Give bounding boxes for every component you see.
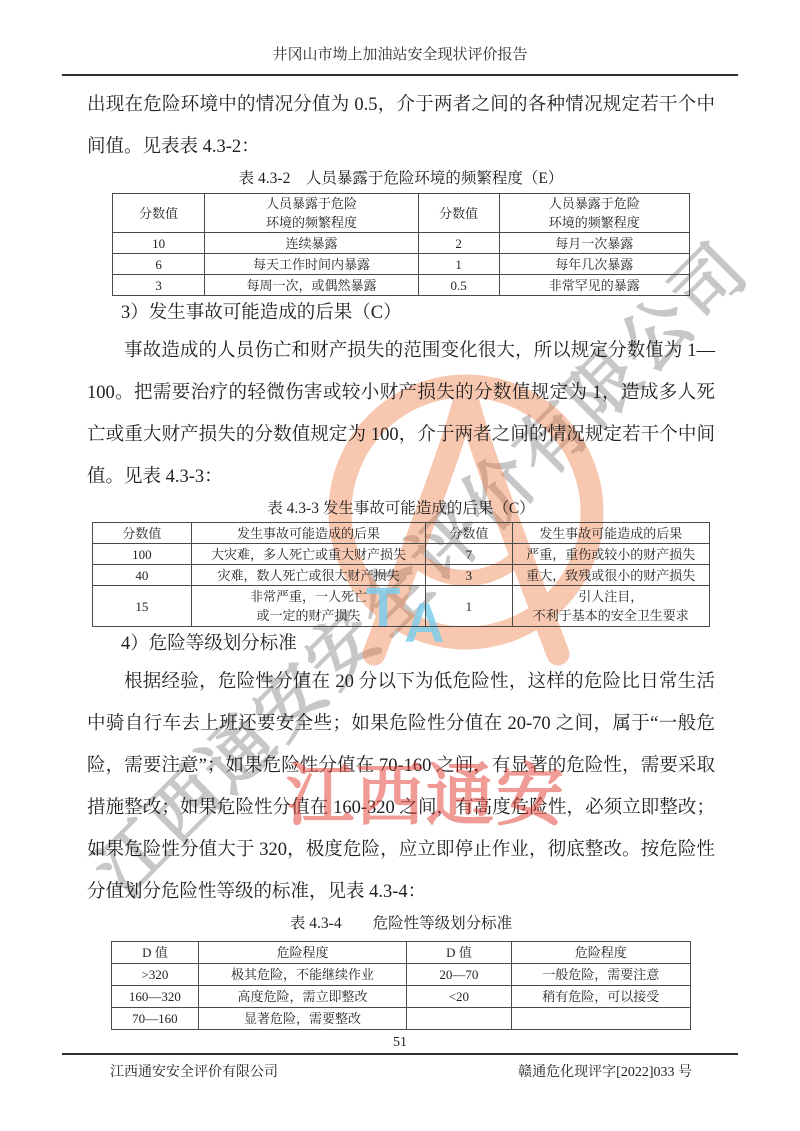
table-row: 6 每天工作时间内暴露 1 每年几次暴露	[113, 254, 690, 275]
col-header: 发生事故可能造成的后果	[191, 523, 425, 544]
report-title: 井冈山市坳上加油站安全现状评价报告	[0, 0, 800, 66]
table-cell: 2	[418, 233, 499, 254]
table-cell	[511, 1008, 691, 1030]
document-page: 江西通安安全评价有限公司 T A 井冈山市坳上加油站安全现状评价报告 出现在危险…	[0, 0, 800, 1131]
table-cell: 6	[113, 254, 205, 275]
col-header: 分数值	[93, 523, 192, 544]
table-header-row: 分数值 人员暴露于危险 环境的频繁程度 分数值 人员暴露于危险 环境的频繁程度	[113, 194, 690, 233]
table-cell: 非常罕见的暴露	[499, 275, 689, 296]
table-row: 10 连续暴露 2 每月一次暴露	[113, 233, 690, 254]
table-cell: 高度危险，需立即整改	[198, 986, 406, 1008]
page-header: 井冈山市坳上加油站安全现状评价报告	[0, 0, 800, 76]
table-cell: 每天工作时间内暴露	[205, 254, 418, 275]
col-header: 分数值	[418, 194, 499, 233]
table-risk-grading: D 值 危险程度 D 值 危险程度 >320 极其危险，不能继续作业 20—70…	[111, 941, 691, 1030]
document-body: 出现在危险环境中的情况分值为 0.5，介于两者之间的各种情况规定若干个中间值。见…	[87, 84, 715, 1030]
table-cell: 连续暴露	[205, 233, 418, 254]
footer-document-number: 赣通危化现评字[2022]033 号	[518, 1061, 692, 1081]
table-header-row: D 值 危险程度 D 值 危险程度	[112, 942, 691, 964]
table-cell: 大灾难，多人死亡或重大财产损失	[191, 544, 425, 565]
table-cell	[407, 1008, 511, 1030]
col-header: 分数值	[113, 194, 205, 233]
table-cell: 10	[113, 233, 205, 254]
heading-consequences: 3）发生事故可能造成的后果（C）	[87, 296, 715, 330]
table-accident-consequences: 分数值 发生事故可能造成的后果 分数值 发生事故可能造成的后果 100 大灾难，…	[92, 522, 710, 627]
table-row: 70—160 显著危险，需要整改	[112, 1008, 691, 1030]
paragraph-consequences: 事故造成的人员伤亡和财产损失的范围变化很大，所以规定分数值为 1—100。把需要…	[87, 330, 715, 498]
table-row: 3 每周一次，或偶然暴露 0.5 非常罕见的暴露	[113, 275, 690, 296]
table-cell: 100	[93, 544, 192, 565]
table-row: 15 非常严重，一人死亡 或一定的财产损失 1 引人注目， 不利于基本的安全卫生…	[93, 586, 710, 627]
table-434-title: 表 4.3-4 危险性等级划分标准	[87, 913, 715, 935]
heading-grading: 4）危险等级划分标准	[87, 627, 715, 661]
table-cell: 1	[426, 586, 512, 627]
paragraph-intro: 出现在危险环境中的情况分值为 0.5，介于两者之间的各种情况规定若干个中间值。见…	[87, 84, 715, 168]
col-header: 发生事故可能造成的后果	[512, 523, 709, 544]
table-cell: 显著危险，需要整改	[198, 1008, 406, 1030]
col-header: 人员暴露于危险 环境的频繁程度	[205, 194, 418, 233]
table-cell: 每年几次暴露	[499, 254, 689, 275]
col-header: 危险程度	[511, 942, 691, 964]
table-cell: 40	[93, 565, 192, 586]
table-row: >320 极其危险，不能继续作业 20—70 一般危险，需要注意	[112, 964, 691, 986]
table-cell: 3	[426, 565, 512, 586]
table-cell: 15	[93, 586, 192, 627]
table-cell: 严重，重伤或较小的财产损失	[512, 544, 709, 565]
table-cell: 0.5	[418, 275, 499, 296]
footer-rule	[62, 1053, 738, 1055]
table-cell: 每月一次暴露	[499, 233, 689, 254]
table-cell: 稍有危险，可以接受	[511, 986, 691, 1008]
col-header: D 值	[407, 942, 511, 964]
page-footer: 51 江西通安安全评价有限公司 赣通危化现评字[2022]033 号	[0, 1029, 800, 1081]
table-exposure-frequency: 分数值 人员暴露于危险 环境的频繁程度 分数值 人员暴露于危险 环境的频繁程度 …	[112, 193, 690, 296]
col-header: 危险程度	[198, 942, 406, 964]
col-header: D 值	[112, 942, 199, 964]
table-cell: 引人注目， 不利于基本的安全卫生要求	[512, 586, 709, 627]
table-cell: 7	[426, 544, 512, 565]
table-cell: 极其危险，不能继续作业	[198, 964, 406, 986]
table-cell: 160—320	[112, 986, 199, 1008]
table-row: 160—320 高度危险，需立即整改 <20 稍有危险，可以接受	[112, 986, 691, 1008]
page-number: 51	[0, 1035, 800, 1051]
table-433-title: 表 4.3-3 发生事故可能造成的后果（C）	[87, 498, 715, 520]
header-rule	[62, 74, 738, 76]
table-cell: 3	[113, 275, 205, 296]
table-cell: 一般危险，需要注意	[511, 964, 691, 986]
table-row: 100 大灾难，多人死亡或重大财产损失 7 严重，重伤或较小的财产损失	[93, 544, 710, 565]
table-cell: 每周一次，或偶然暴露	[205, 275, 418, 296]
table-cell: 灾难，数人死亡或很大财产损失	[191, 565, 425, 586]
footer-company-name: 江西通安安全评价有限公司	[110, 1061, 278, 1081]
table-cell: 70—160	[112, 1008, 199, 1030]
col-header: 分数值	[426, 523, 512, 544]
table-432-title: 表 4.3-2 人员暴露于危险环境的频繁程度（E）	[87, 168, 715, 190]
table-cell: 非常严重，一人死亡 或一定的财产损失	[191, 586, 425, 627]
red-company-stamp-watermark: 江西通安	[286, 742, 566, 839]
table-cell: 20—70	[407, 964, 511, 986]
col-header: 人员暴露于危险 环境的频繁程度	[499, 194, 689, 233]
table-cell: 重大，致残或很小的财产损失	[512, 565, 709, 586]
table-cell: >320	[112, 964, 199, 986]
table-cell: <20	[407, 986, 511, 1008]
table-header-row: 分数值 发生事故可能造成的后果 分数值 发生事故可能造成的后果	[93, 523, 710, 544]
table-cell: 1	[418, 254, 499, 275]
table-row: 40 灾难，数人死亡或很大财产损失 3 重大，致残或很小的财产损失	[93, 565, 710, 586]
